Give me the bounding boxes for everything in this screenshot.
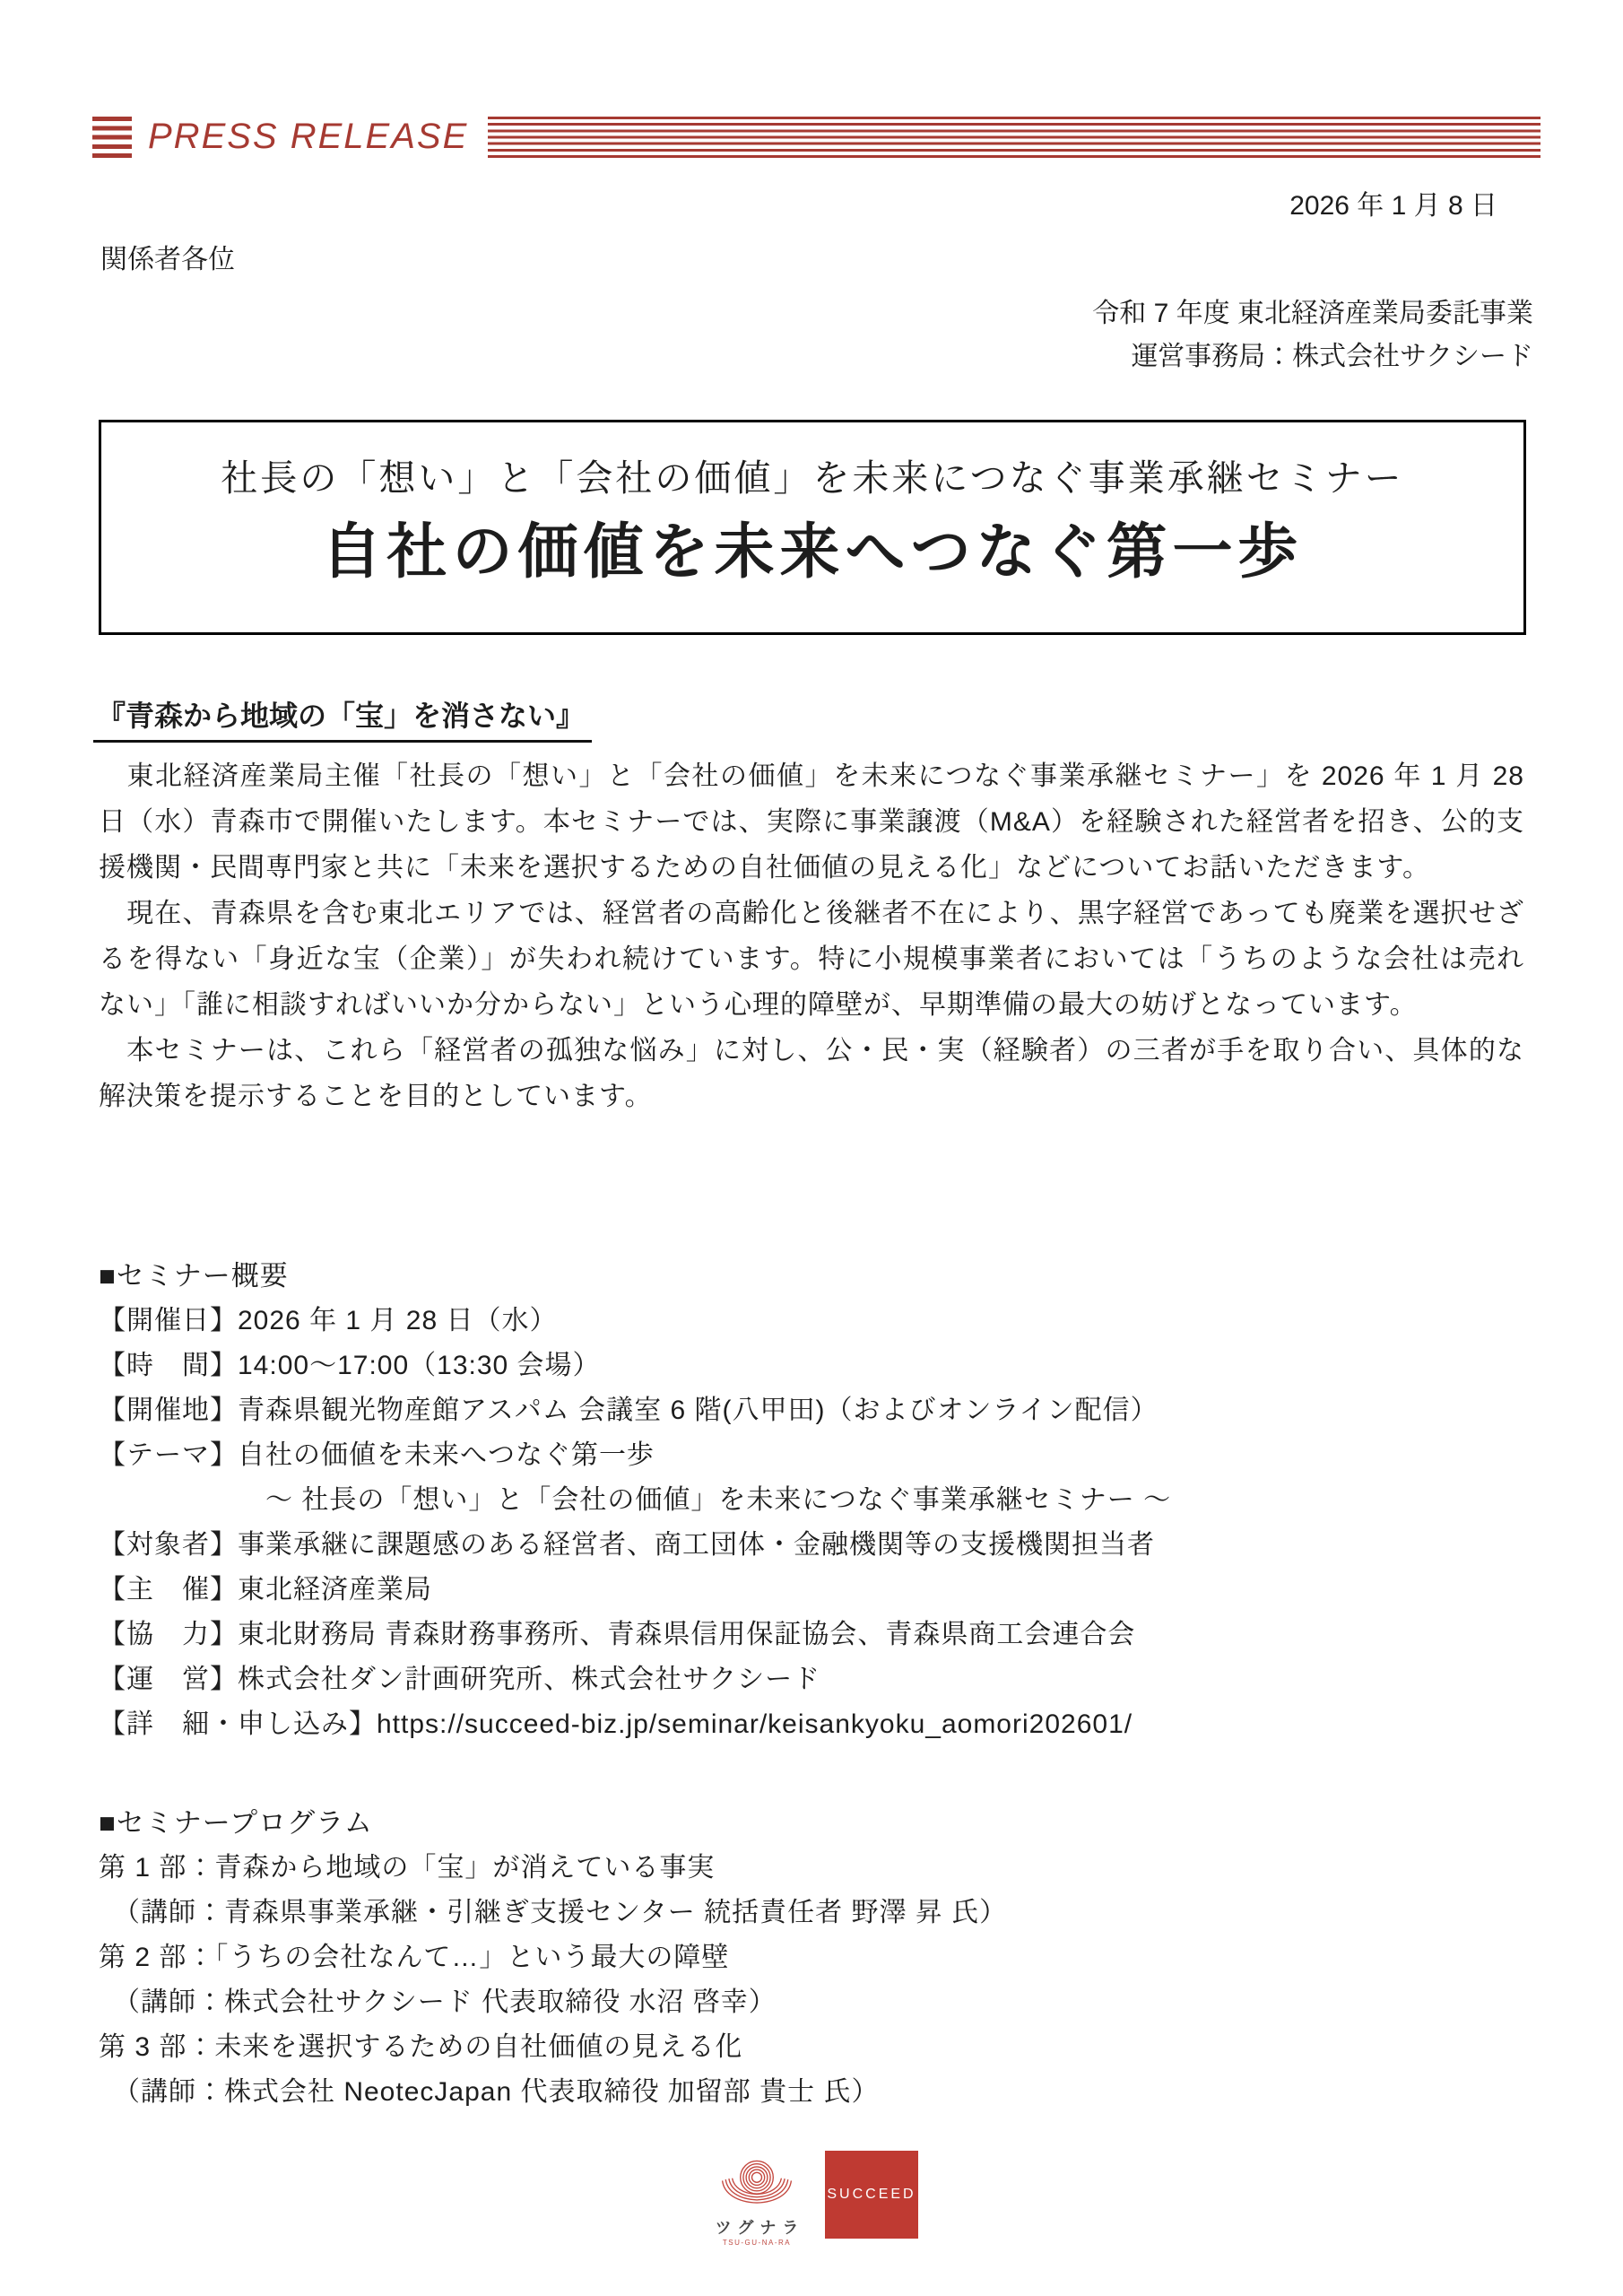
tsugunara-logo: ツグナラ TSU-GU-NA-RA: [705, 2151, 809, 2248]
press-release-band: PRESS RELEASE: [92, 117, 1541, 158]
application-url[interactable]: https://succeed-biz.jp/seminar/keisankyo…: [377, 1709, 1133, 1739]
succeed-wordmark: SUCCEED: [827, 2187, 916, 2203]
overview-item-host: 【主 催】東北経済産業局: [99, 1568, 1533, 1613]
program-part-1: 第 1 部：青森から地域の「宝」が消えている事実: [99, 1846, 1533, 1891]
program-lecturer-2: （講師：株式会社サクシード 代表取締役 水沼 啓幸）: [99, 1980, 1533, 2025]
program-lecturer-3: （講師：株式会社 NeotecJapan 代表取締役 加留部 貴士 氏）: [99, 2070, 1533, 2115]
overview-item-audience: 【対象者】事業承継に課題感のある経営者、商工団体・金融機関等の支援機関担当者: [99, 1523, 1533, 1568]
program-heading: ■セミナープログラム: [99, 1801, 1623, 1846]
tsugunara-coil-icon: [716, 2156, 798, 2213]
organizer-block: 令和 7 年度 東北経済産業局委託事業 運営事務局：株式会社サクシード: [0, 292, 1533, 378]
program-lecturer-1: （講師：青森県事業承継・引継ぎ支援センター 統括責任者 野澤 昇 氏）: [99, 1891, 1533, 1935]
seminar-title: 自社の価値を未来へつなぐ第一歩: [110, 512, 1515, 593]
stripe-band-right: [488, 117, 1541, 158]
lead-paragraph: 東北経済産業局主催「社長の「想い」と「会社の価値」を未来につなぐ事業承継セミナー…: [99, 753, 1524, 891]
overview-item-date: 【開催日】2026 年 1 月 28 日（水）: [99, 1299, 1533, 1344]
overview-item-theme-sub: 〜 社長の「想い」と「会社の価値」を未来につなぐ事業承継セミナー 〜: [99, 1478, 1533, 1523]
stripe-block-left: [92, 117, 132, 158]
program-list: 第 1 部：青森から地域の「宝」が消えている事実 （講師：青森県事業承継・引継ぎ…: [99, 1846, 1533, 2115]
overview-item-detail: 【詳 細・申し込み】https://succeed-biz.jp/seminar…: [99, 1702, 1533, 1747]
program-part-2: 第 2 部：「うちの会社なんて…」という最大の障壁: [99, 1935, 1533, 1980]
press-release-label: PRESS RELEASE: [132, 117, 488, 158]
seminar-subtitle: 社長の「想い」と「会社の価値」を未来につなぐ事業承継セミナー: [110, 453, 1515, 503]
tsugunara-wordmark: ツグナラ: [705, 2219, 809, 2237]
overview-item-cooperation: 【協 力】東北財務局 青森財務事務所、青森県信用保証協会、青森県商工会連合会: [99, 1613, 1533, 1657]
addressee: 関係者各位: [100, 242, 1623, 278]
overview-detail-label: 【詳 細・申し込み】: [99, 1709, 377, 1739]
document-date: 2026 年 1 月 8 日: [0, 188, 1497, 224]
overview-item-venue: 【開催地】青森県観光物産館アスパム 会議室 6 階(八甲田)（およびオンライン配…: [99, 1388, 1533, 1433]
overview-heading: ■セミナー概要: [99, 1254, 1623, 1299]
overview-list: 【開催日】2026 年 1 月 28 日（水） 【時 間】14:00～17:00…: [99, 1299, 1533, 1747]
tsugunara-romaji: TSU-GU-NA-RA: [705, 2239, 809, 2248]
lead-paragraph: 本セミナーは、これら「経営者の孤独な悩み」に対し、公・民・実（経験者）の三者が手…: [99, 1028, 1524, 1119]
lead-paragraph: 現在、青森県を含む東北エリアでは、経営者の高齢化と後継者不在により、黒字経営であ…: [99, 891, 1524, 1028]
lead-heading: 『青森から地域の「宝」を消さない』: [93, 698, 592, 743]
organizer-office-line: 運営事務局：株式会社サクシード: [0, 335, 1533, 378]
organizer-program-line: 令和 7 年度 東北経済産業局委託事業: [0, 292, 1533, 335]
succeed-logo: SUCCEED: [825, 2151, 918, 2239]
footer-logos: ツグナラ TSU-GU-NA-RA SUCCEED: [0, 2151, 1623, 2248]
seminar-title-box: 社長の「想い」と「会社の価値」を未来につなぐ事業承継セミナー 自社の価値を未来へ…: [99, 420, 1526, 635]
overview-item-operation: 【運 営】株式会社ダン計画研究所、株式会社サクシード: [99, 1657, 1533, 1702]
overview-item-theme: 【テーマ】自社の価値を未来へつなぐ第一歩: [99, 1433, 1533, 1478]
lead-paragraphs: 東北経済産業局主催「社長の「想い」と「会社の価値」を未来につなぐ事業承継セミナー…: [99, 753, 1524, 1119]
overview-item-time: 【時 間】14:00～17:00（13:30 会場）: [99, 1344, 1533, 1388]
program-part-3: 第 3 部：未来を選択するための自社価値の見える化: [99, 2025, 1533, 2070]
press-release-page: PRESS RELEASE 2026 年 1 月 8 日 関係者各位 令和 7 …: [0, 0, 1623, 2296]
